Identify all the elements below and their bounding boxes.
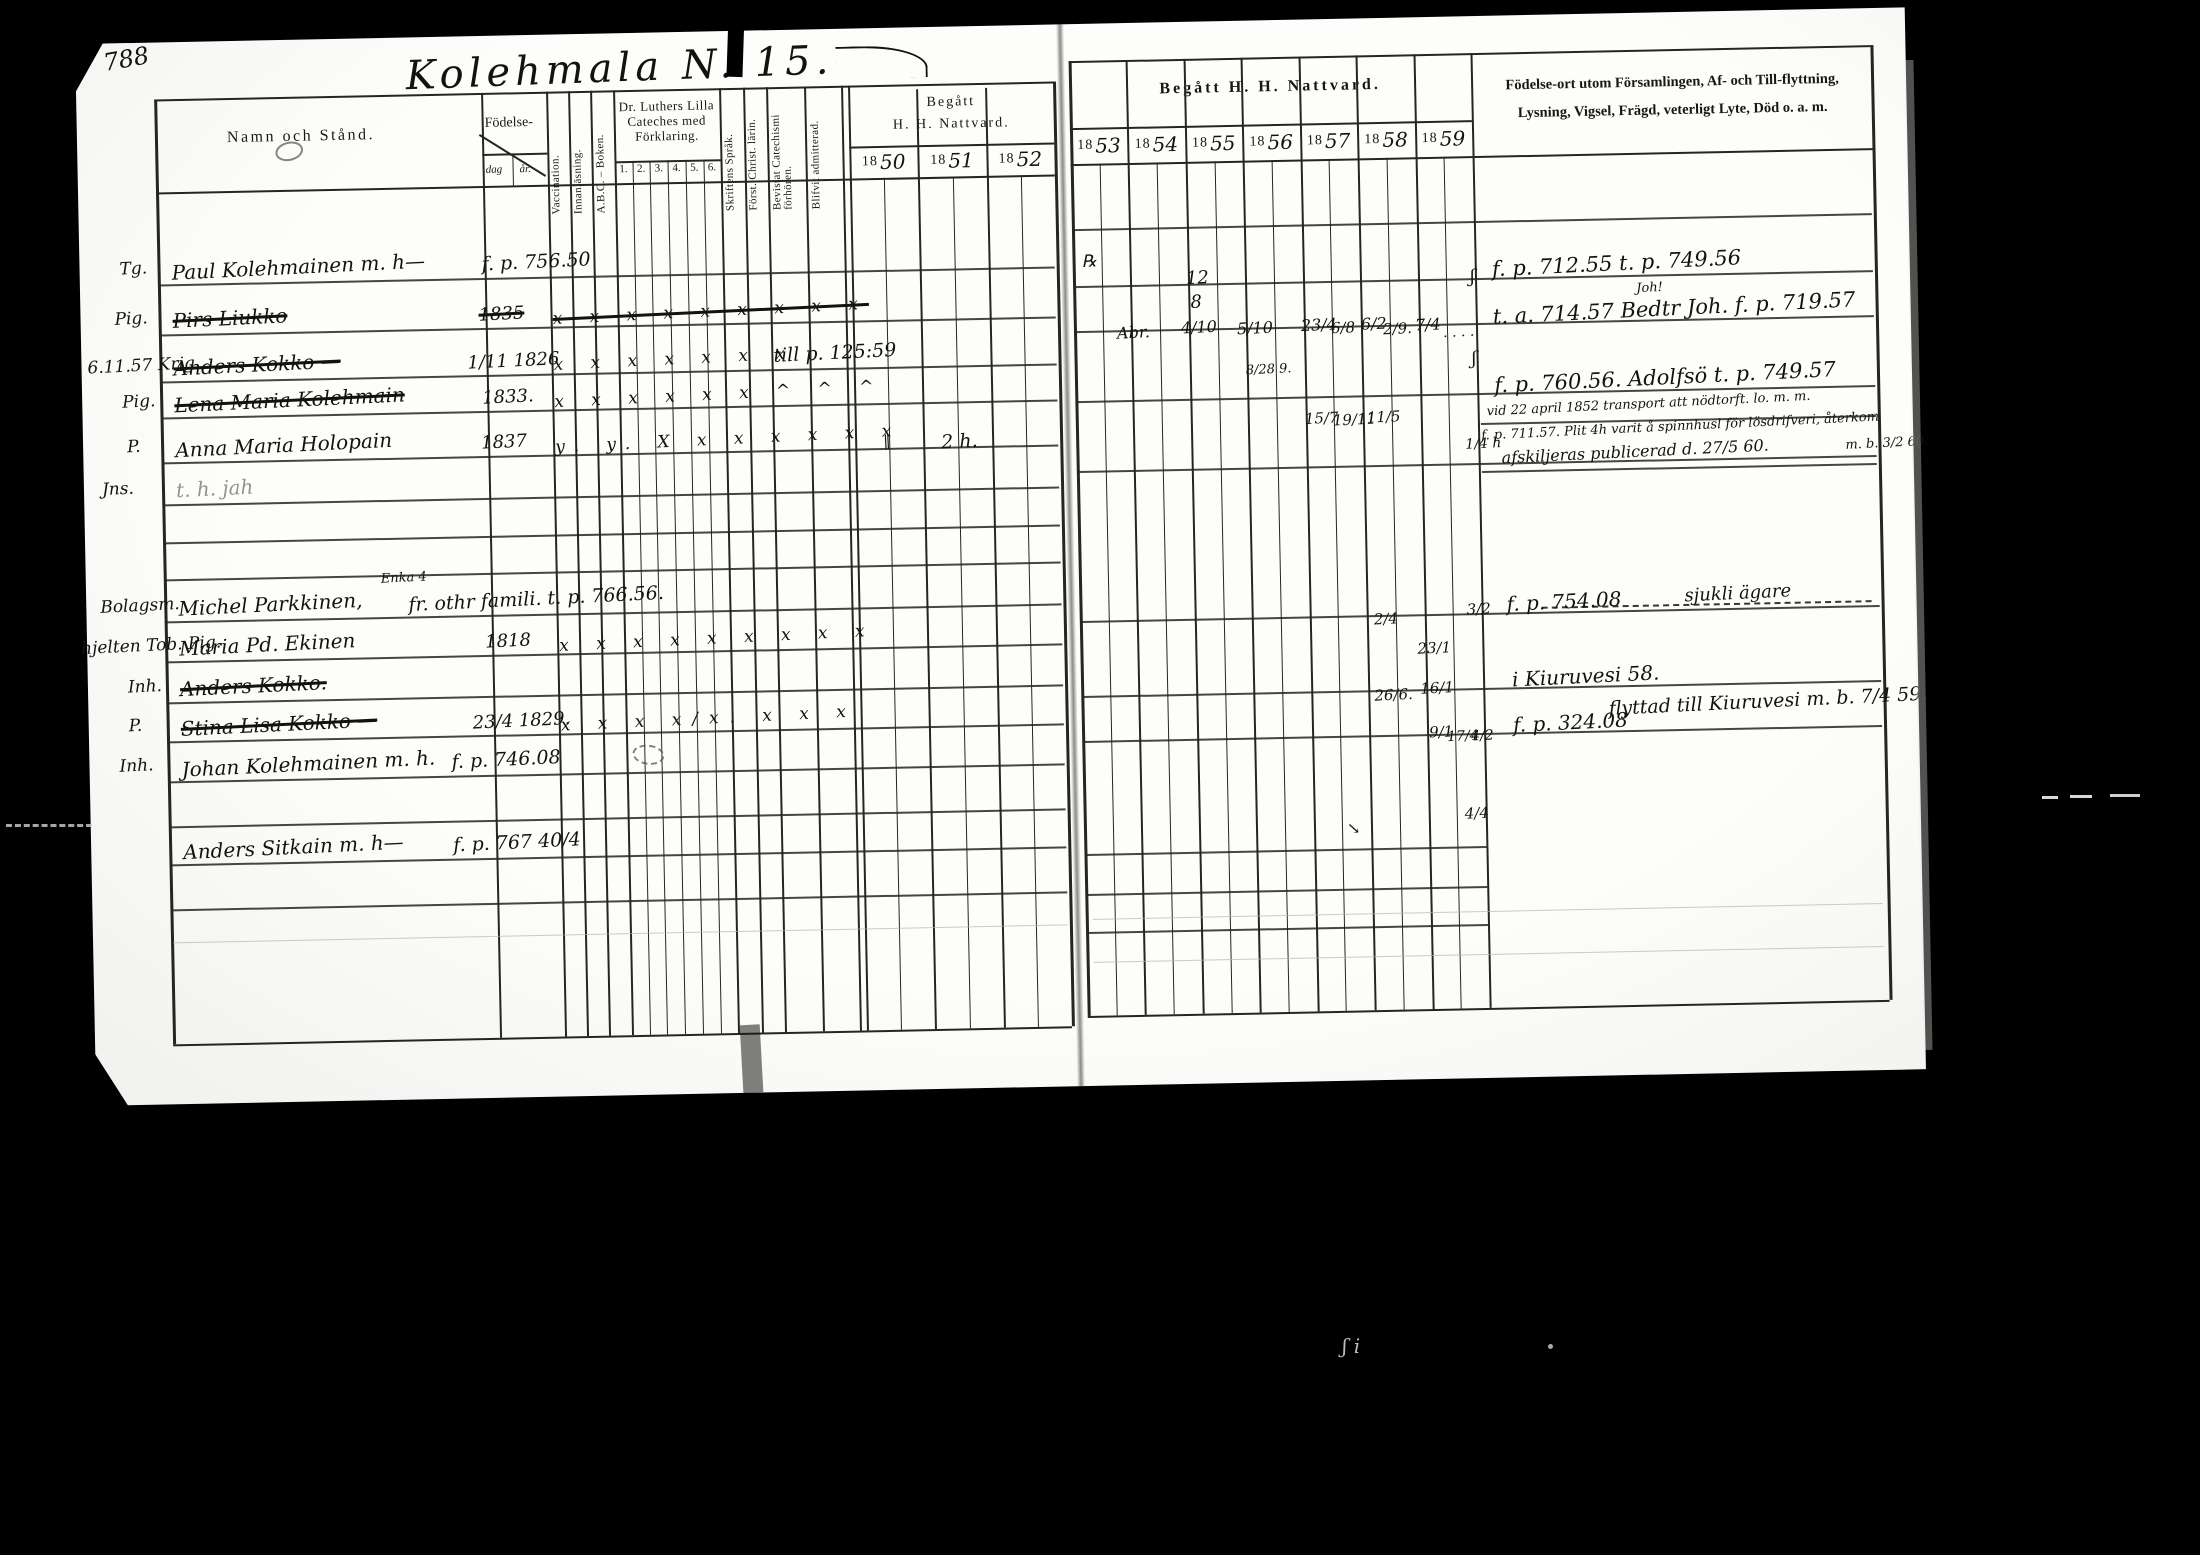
scanned-photo-background: { "page": {"number": "788", "title": "Ko… [0, 0, 2200, 1555]
year-prefix-printed: 18 [1077, 138, 1093, 154]
note-annotation: Joh! [1636, 280, 1663, 296]
catechism-col-number: 3. [650, 162, 668, 174]
notes-header-line2: Lysning, Vigsel, Frägd, veterligt Lyte, … [1477, 98, 1869, 123]
grid-line [1413, 54, 1434, 1009]
col-header-vaccination: Vaccination. [549, 94, 562, 214]
communion-cell-mark: Abr. [1117, 322, 1151, 343]
row-margin-label: Inh. [119, 755, 154, 777]
communion-cell-mark: 11/5 [1366, 407, 1401, 427]
year-prefix-printed: 18 [1307, 133, 1323, 149]
row-birth-year: 23/4 1829. [472, 708, 571, 734]
left-communion-marks: ‖2 h. [75, 7, 1905, 44]
grid-line [1157, 162, 1175, 1014]
year-suffix-handwritten: 51 [948, 148, 974, 173]
communion-year-label: 1855 [1185, 125, 1243, 162]
communion-cell-mark: 7/4 [1414, 314, 1441, 334]
row-birth-year: 1818 [485, 629, 532, 652]
year-suffix-handwritten: 52 [1016, 147, 1042, 172]
grid-line [1870, 45, 1892, 1000]
communion-cell-mark: 2 h. [941, 430, 978, 454]
row-note: f. p. 756.50 [481, 248, 591, 275]
row-note: till p. 125:59 [773, 339, 897, 367]
row-name: Anders Sitkain m. h— [183, 830, 404, 865]
col-header-admitted: Blifvit admitte­rad. [809, 89, 841, 210]
right-communion-year-labels: 1853185418551856185718581859 [75, 7, 1905, 44]
row-name: Anna Maria Holopain [175, 428, 393, 462]
handwritten-margin-annotations: f. p. 712.55 t. p. 749.56Joh!t. a. 714.5… [75, 7, 1905, 44]
col-header-attended: Bevistat Catechis­mi förhören. [770, 90, 804, 211]
scan-noise-right-dash3 [2110, 794, 2140, 797]
row-name: Pirs Liukko [172, 303, 288, 332]
communion-cell-mark: 8 [1190, 291, 1202, 313]
page-number: 788 [101, 41, 151, 77]
grid-line [1099, 164, 1117, 1016]
grid-line [590, 91, 611, 1036]
row-margin-label: Bolagsm. [100, 594, 180, 618]
row-margin-label: P. [128, 716, 142, 737]
grid-line [1183, 59, 1204, 1014]
communion-year-label: 1852 [986, 142, 1055, 175]
col-header-communion-right: Begått H. H. Nattvard. [1069, 74, 1471, 100]
grid-line [1444, 157, 1462, 1009]
grid-line [1272, 160, 1290, 1012]
col-header-reading: Innanläsning. [571, 94, 584, 214]
row-margin-label: Pig. [122, 391, 156, 413]
scan-noise-left-dashes [6, 824, 92, 827]
row-name: Lena Maria Kolehmain [174, 382, 406, 417]
communion-year-label: 1851 [918, 144, 987, 177]
grid-line [1329, 159, 1347, 1011]
corner-blob-bottom-left [91, 1047, 130, 1110]
communion-cell-mark: ↘ [1347, 818, 1361, 838]
communion-cell-mark: ‖ [883, 432, 891, 450]
year-suffix-handwritten: 54 [1152, 132, 1178, 157]
communion-year-label: 1850 [849, 145, 918, 178]
communion-cell-mark: 2/9. [1383, 319, 1413, 338]
note-annotation: t. a. 714.57 Bedtr Joh. f. p. 719.57 [1492, 287, 1856, 328]
row-note: f. p. 746.08 [451, 746, 561, 773]
grid-line [1470, 53, 1491, 1008]
grid-line [1069, 45, 1871, 63]
year-prefix-printed: 18 [1192, 135, 1208, 151]
communion-cell-mark: ʃ [1469, 266, 1475, 287]
col-header-catechism: Dr. Luthers Lilla Cateches med Förklarin… [616, 97, 717, 144]
grid-line [884, 178, 902, 1030]
title-flourish [835, 45, 928, 79]
grid-line [1298, 57, 1319, 1012]
table-grid-lines [75, 7, 1905, 44]
row-margin-label: Jns. [102, 479, 135, 501]
col-header-communion-left-2: H. H. Nattvard. [849, 114, 1054, 134]
grid-line [685, 160, 704, 1034]
year-prefix-printed: 18 [1249, 134, 1265, 150]
grid-line [766, 87, 787, 1032]
year-suffix-handwritten: 59 [1440, 126, 1466, 151]
grid-line [546, 92, 567, 1037]
grid-line [154, 99, 176, 1044]
catechism-column-numbers: 1.2.3.4.5.6. [75, 7, 1905, 44]
row-note-small: Enka 4 [380, 570, 427, 587]
scan-noise-right-dash2 [2070, 795, 2092, 798]
row-birth-year: 1837 [481, 431, 528, 454]
row-margin-label: Pig. [114, 308, 148, 330]
row-name: t. h. jah [175, 475, 253, 503]
communion-year-label: 1857 [1300, 122, 1358, 159]
year-suffix-handwritten: 57 [1325, 129, 1351, 154]
communion-year-label: 1858 [1357, 121, 1415, 158]
grid-line [613, 90, 634, 1035]
communion-cell-mark: . . . . [1443, 324, 1475, 341]
note-annotation: f. p. 324.08 [1512, 708, 1628, 737]
communion-cell-mark: 8/28 9. [1245, 361, 1291, 378]
grid-line [719, 88, 740, 1033]
year-prefix-printed: 18 [862, 154, 878, 170]
note-annotation: flyttad till Kiuruvesi m. b. 7/4 59. [1608, 683, 1928, 720]
col-header-name: Namn och Stånd. [227, 125, 427, 147]
notes-header-line1: Födelse-ort utom Församlingen, Af- och T… [1476, 70, 1868, 95]
row-name: Michel Parkkinen, [178, 588, 363, 621]
catechism-col-number: 2. [632, 163, 650, 175]
year-suffix-handwritten: 55 [1210, 131, 1236, 156]
row-note: fr. othr famili. t. p. 766.56. [408, 582, 664, 616]
row-birth-year: 1/11 1826 [467, 348, 560, 373]
scan-noise-bottom-mark1: ʃ i [1342, 1334, 1360, 1358]
grid-line [985, 88, 1006, 1028]
communion-year-label: 1856 [1242, 124, 1300, 161]
grid-line [1214, 161, 1232, 1013]
binding-smudge-bottom [740, 1024, 764, 1093]
grid-line [743, 88, 764, 1033]
row-margin-label: Tg. [119, 258, 148, 279]
communion-cell-mark: 23/1 [1417, 638, 1452, 658]
row-margin-label: P. [127, 437, 141, 458]
right-communion-marks: ℞1284/10Abr.5/108/28 9.23/46/86/22/9.7/4… [75, 7, 1905, 44]
col-header-scripture: Skriftens Språk. [723, 91, 736, 211]
communion-cell-mark: 16/1 [1420, 678, 1455, 698]
row-name: Anders Kokko. [179, 670, 327, 701]
communion-cell-mark: 5/10 [1237, 318, 1274, 339]
grid-line [1021, 175, 1039, 1027]
row-birth-year: 1835 [478, 303, 525, 326]
scan-noise-right-dash1 [2042, 796, 2058, 799]
year-suffix-handwritten: 50 [880, 149, 906, 174]
communion-cell-mark: 4/10 [1180, 317, 1217, 338]
communion-cell-mark: ʃ [1471, 348, 1477, 369]
year-suffix-handwritten: 53 [1095, 133, 1121, 158]
catechism-col-number: 1. [615, 163, 633, 175]
col-header-birth-day: dag [486, 164, 503, 176]
handwritten-register-rows: Tg.Paul Kolehmainen m. h—f. p. 756.50Pig… [75, 7, 1905, 44]
communion-year-label: 1859 [1414, 120, 1472, 157]
scan-noise-bottom-mark2 [1548, 1344, 1553, 1349]
grid-line [953, 177, 971, 1029]
year-prefix-printed: 18 [998, 151, 1014, 167]
catechism-col-number: 4. [668, 162, 686, 174]
communion-cell-mark: 4/4 [1464, 804, 1489, 823]
catechism-col-number: 5. [685, 162, 703, 174]
grid-line [568, 91, 589, 1036]
row-name: Stina Lisa Kokko — [180, 707, 378, 740]
communion-cell-mark: 26/6. [1374, 685, 1413, 705]
grid-line [173, 1026, 1072, 1046]
grid-line [1386, 158, 1404, 1010]
grid-line [1126, 60, 1147, 1015]
communion-year-label: 1853 [1070, 127, 1128, 164]
year-suffix-handwritten: 58 [1382, 127, 1408, 152]
col-header-birth: Födelse- [485, 115, 534, 132]
grid-line [481, 93, 502, 1038]
year-prefix-printed: 18 [1364, 132, 1380, 148]
year-prefix-printed: 18 [930, 153, 946, 169]
col-header-abc: A.B.C. – Boken. [594, 93, 607, 213]
year-prefix-printed: 18 [1422, 131, 1438, 147]
communion-cell-mark: ℞ [1081, 251, 1097, 272]
row-margin-label: Inh. [127, 676, 162, 698]
communion-cell-mark: 12 [1185, 267, 1209, 289]
communion-cell-mark: 6/8 [1331, 318, 1356, 337]
grid-line [916, 89, 937, 1029]
communion-cell-mark: 3/2 [1466, 599, 1491, 618]
col-header-communion-left-1: Begått [848, 92, 1053, 112]
communion-cell-mark: 4/2 [1471, 727, 1494, 744]
grid-line [667, 160, 686, 1034]
communion-year-label: 1854 [1127, 126, 1185, 163]
grid-line [1241, 58, 1262, 1013]
binding-smudge-top [726, 25, 744, 77]
col-header-christianity: Först. Christ. lärin. [746, 90, 759, 210]
communion-cell-mark: 2/4 [1373, 609, 1398, 628]
grid-line [1356, 55, 1377, 1010]
year-prefix-printed: 18 [1135, 137, 1151, 153]
catechism-col-number: 6. [703, 161, 721, 173]
year-suffix-handwritten: 56 [1267, 130, 1293, 155]
grid-line [512, 153, 514, 185]
left-communion-year-labels: 185018511852 [75, 7, 1905, 44]
row-birth-year: 1833. [482, 385, 534, 408]
grid-line [804, 86, 825, 1031]
grid-line [703, 160, 722, 1034]
ledger-page-spread: 788 Kolehmala N. 15. Namn och Stånd. Föd… [75, 7, 1926, 1106]
